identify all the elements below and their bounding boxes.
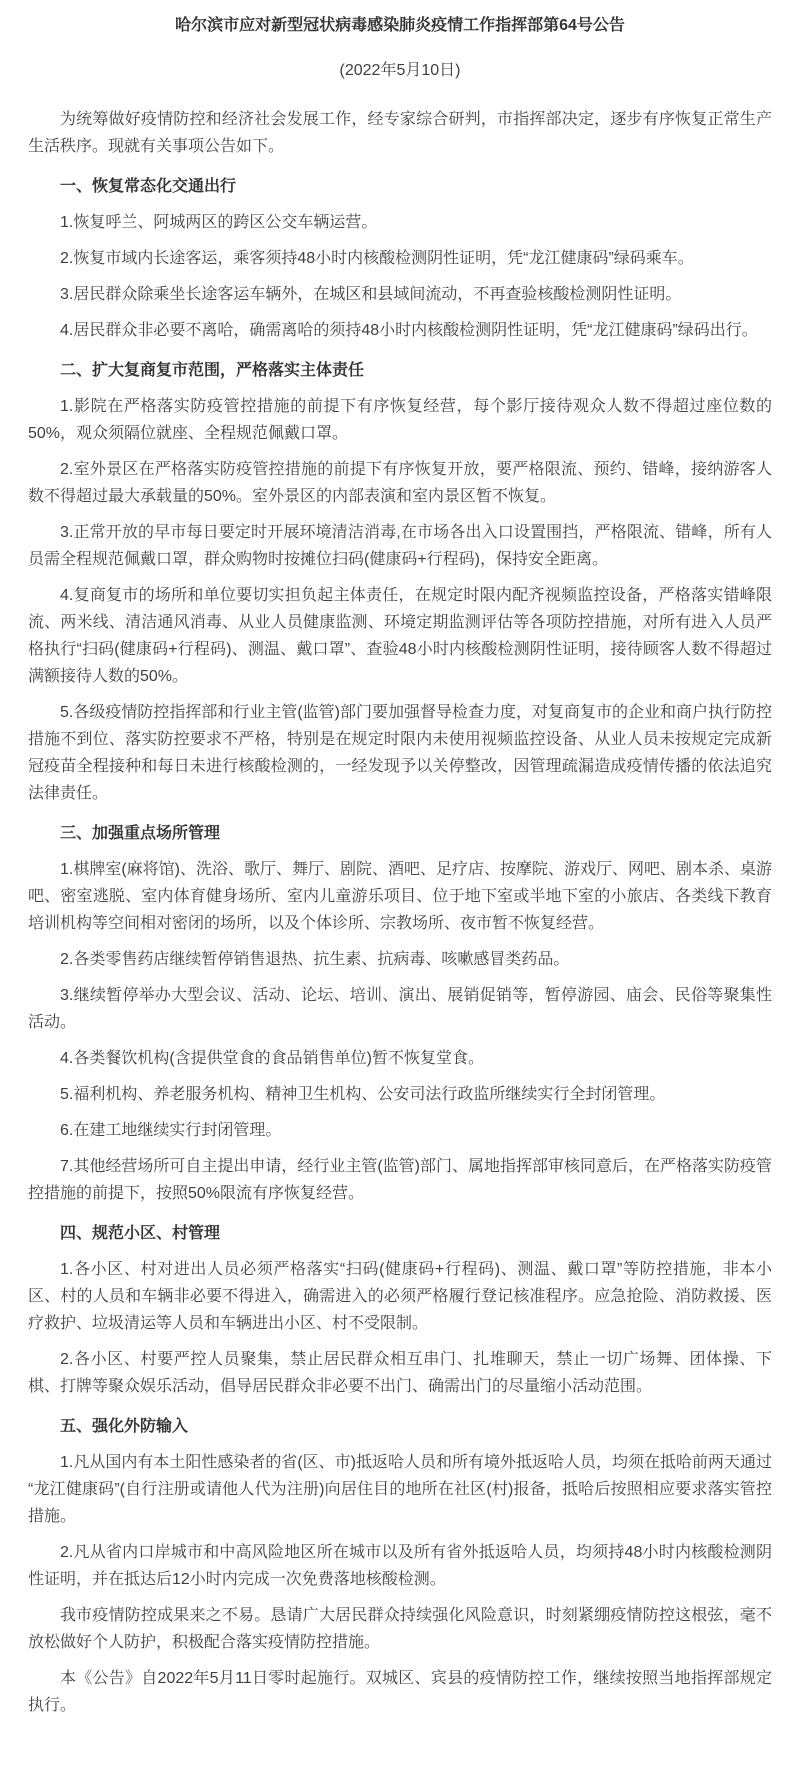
section-2-para-4: 4.复商复市的场所和单位要切实担负起主体责任，在规定时限内配齐视频监控设备，严格…	[28, 582, 772, 690]
section-1-para-2: 2.恢复市域内长途客运，乘客须持48小时内核酸检测阴性证明，凭“龙江健康码”绿码…	[28, 245, 772, 272]
intro-paragraph: 为统筹做好疫情防控和经济社会发展工作，经专家综合研判，市指挥部决定，逐步有序恢复…	[28, 106, 772, 160]
document-date: (2022年5月10日)	[28, 60, 772, 82]
section-3-para-2: 2.各类零售药店继续暂停销售退热、抗生素、抗病毒、咳嗽感冒类药品。	[28, 946, 772, 973]
closing-paragraph-1: 我市疫情防控成果来之不易。恳请广大居民群众持续强化风险意识，时刻紧绷疫情防控这根…	[28, 1602, 772, 1656]
section-5-heading: 五、强化外防输入	[28, 1413, 772, 1440]
section-5-para-2: 2.凡从省内口岸城市和中高风险地区所在城市以及所有省外抵返哈人员，均须持48小时…	[28, 1539, 772, 1593]
section-2-para-2: 2.室外景区在严格落实防疫管控措施的前提下有序恢复开放，要严格限流、预约、错峰，…	[28, 456, 772, 510]
section-2-para-3: 3.正常开放的早市每日要定时开展环境清洁消毒,在市场各出入口设置围挡，严格限流、…	[28, 519, 772, 573]
section-2-para-1: 1.影院在严格落实防疫管控措施的前提下有序恢复经营，每个影厅接待观众人数不得超过…	[28, 393, 772, 447]
section-4-heading: 四、规范小区、村管理	[28, 1220, 772, 1247]
closing-paragraph-2: 本《公告》自2022年5月11日零时起施行。双城区、宾县的疫情防控工作，继续按照…	[28, 1665, 772, 1719]
document-title: 哈尔滨市应对新型冠状病毒感染肺炎疫情工作指挥部第64号公告	[28, 14, 772, 38]
section-1-para-4: 4.居民群众非必要不离哈，确需离哈的须持48小时内核酸检测阴性证明，凭“龙江健康…	[28, 317, 772, 344]
section-2-para-5: 5.各级疫情防控指挥部和行业主管(监管)部门要加强督导检查力度，对复商复市的企业…	[28, 699, 772, 807]
section-3-para-3: 3.继续暂停举办大型会议、活动、论坛、培训、演出、展销促销等，暂停游园、庙会、民…	[28, 982, 772, 1036]
section-3-para-7: 7.其他经营场所可自主提出申请，经行业主管(监管)部门、属地指挥部审核同意后，在…	[28, 1153, 772, 1207]
section-3-para-6: 6.在建工地继续实行封闭管理。	[28, 1117, 772, 1144]
section-4-para-1: 1.各小区、村对进出人员必须严格落实“扫码(健康码+行程码)、测温、戴口罩”等防…	[28, 1256, 772, 1337]
announcement-document: 哈尔滨市应对新型冠状病毒感染肺炎疫情工作指挥部第64号公告 (2022年5月10…	[0, 0, 800, 1777]
section-1-para-3: 3.居民群众除乘坐长途客运车辆外，在城区和县域间流动，不再查验核酸检测阴性证明。	[28, 281, 772, 308]
section-1-heading: 一、恢复常态化交通出行	[28, 173, 772, 200]
section-5-para-1: 1.凡从国内有本土阳性感染者的省(区、市)抵返哈人员和所有境外抵返哈人员，均须在…	[28, 1449, 772, 1530]
section-3-para-5: 5.福利机构、养老服务机构、精神卫生机构、公安司法行政监所继续实行全封闭管理。	[28, 1081, 772, 1108]
section-2-heading: 二、扩大复商复市范围，严格落实主体责任	[28, 357, 772, 384]
section-3-heading: 三、加强重点场所管理	[28, 820, 772, 847]
section-1-para-1: 1.恢复呼兰、阿城两区的跨区公交车辆运营。	[28, 209, 772, 236]
section-3-para-1: 1.棋牌室(麻将馆)、洗浴、歌厅、舞厅、剧院、酒吧、足疗店、按摩院、游戏厅、网吧…	[28, 856, 772, 937]
section-4-para-2: 2.各小区、村要严控人员聚集，禁止居民群众相互串门、扎堆聊天，禁止一切广场舞、团…	[28, 1346, 772, 1400]
section-3-para-4: 4.各类餐饮机构(含提供堂食的食品销售单位)暂不恢复堂食。	[28, 1045, 772, 1072]
